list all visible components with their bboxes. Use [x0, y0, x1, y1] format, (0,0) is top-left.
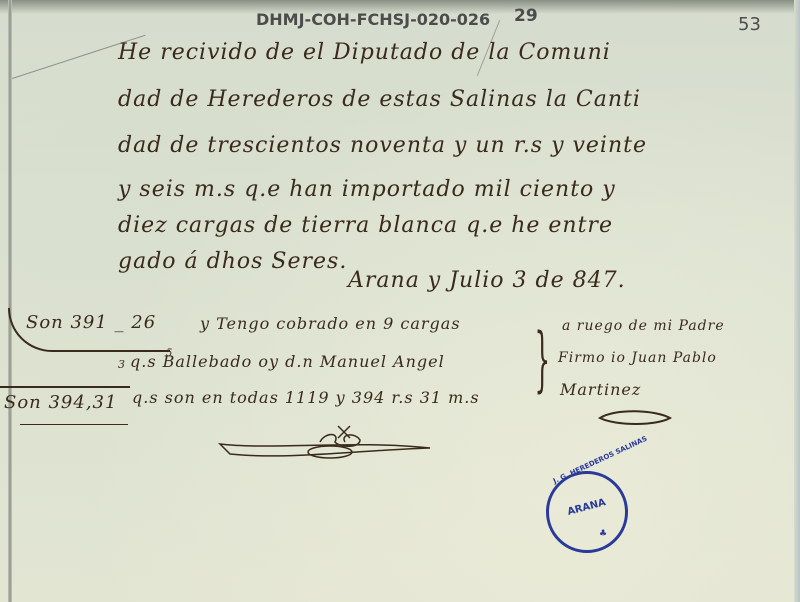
body-line-6: gado á dhos Seres.	[118, 249, 347, 274]
sum-underline	[20, 424, 128, 425]
accounts-fraction: 3	[118, 358, 126, 371]
folio-number: 53	[738, 14, 761, 35]
body-line-1: He recivido de el Diputado de la Comuni	[118, 40, 611, 65]
stamp-ring-text: J. G. HEREDEROS SALINAS	[552, 435, 648, 486]
signature-name: Martinez	[560, 380, 641, 399]
accounts-brace: }	[534, 318, 550, 400]
signature-note-line-1: a ruego de mi Padre	[562, 318, 725, 334]
sum-second: Son 394,31	[4, 392, 117, 413]
accounts-line-2: q.s Ballebado oy d.n Manuel Angel	[130, 352, 445, 371]
body-line-2: dad de Herederos de estas Salinas la Can…	[118, 87, 641, 112]
signature-flourish	[596, 400, 676, 430]
signature-note-line-2: Firmo io Juan Pablo	[558, 350, 717, 366]
accounts-line-1: y Tengo cobrado en 9 cargas	[200, 314, 461, 333]
place-date: Arana y Julio 3 de 847.	[348, 268, 626, 293]
sum-divider	[0, 386, 130, 388]
pencil-number: 29	[514, 6, 538, 26]
left-fold-line	[8, 0, 12, 602]
stamp-center-text: ARANA	[566, 497, 607, 518]
right-paper-edge	[794, 0, 800, 602]
stamp-emblem-icon: ♣	[599, 529, 607, 539]
rubric-flourish	[210, 420, 450, 480]
accounts-line-3: q.s son en todas 1119 y 394 r.s 31 m.s	[132, 388, 480, 407]
body-line-3: dad de trescientos noventa y un r.s y ve…	[118, 133, 647, 158]
body-line-5: diez cargas de tierra blanca q.e he entr…	[118, 213, 613, 238]
sum-enclosure	[8, 308, 170, 352]
body-line-4: y seis m.s q.e han importado mil ciento …	[118, 177, 616, 202]
archive-reference-code: DHMJ-COH-FCHSJ-020-026	[256, 10, 490, 29]
document-page: DHMJ-COH-FCHSJ-020-026 29 53 He recivido…	[0, 0, 800, 602]
archive-stamp: J. G. HEREDEROS SALINAS ARANA ♣	[546, 471, 628, 553]
